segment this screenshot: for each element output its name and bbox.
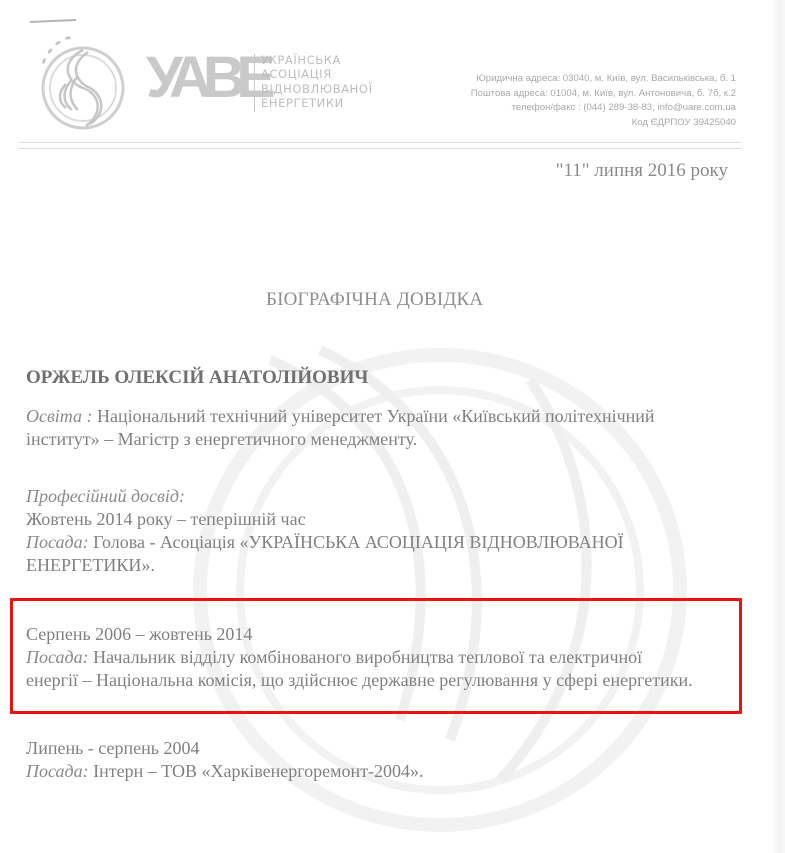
header-rule [19,148,741,149]
position-label: Посада: [26,532,89,552]
position-text: енергії – Національна комісія, що здійсн… [26,669,693,692]
header-rule [19,142,741,143]
page-edge-shadow [771,0,785,853]
position-text: ЕНЕРГЕТИКИ». [26,554,624,577]
org-name-line: ЕНЕРГЕТИКИ [261,96,373,110]
position-text: Інтерн – ТОВ «Харківенергоремонт-2004». [89,761,424,781]
logo-abbreviation: УАВЕ [146,48,267,108]
edrpou-code: Код ЄДРПОУ 39425040 [471,116,736,131]
position-text: Голова - Асоціація «УКРАЇНСЬКА АСОЦІАЦІЯ… [89,532,624,552]
experience-label: Професійний досвід: [26,485,624,508]
education-text: інститут» – Магістр з енергетичного мене… [26,428,655,451]
phone-email: телефон/факс : (044) 289-38-83, info@uar… [471,101,736,116]
logo-org-name: УКРАЇНСЬКА АСОЦІАЦІЯ ВІДНОВЛЮВАНОЇ ЕНЕРГ… [261,53,373,111]
org-name-line: АСОЦІАЦІЯ [261,67,373,81]
experience-period: Липень - серпень 2004 [26,737,424,760]
document-title: БІОГРАФІЧНА ДОВІДКА [266,289,483,311]
experience-entry: Липень - серпень 2004 Посада: Інтерн – Т… [26,737,424,783]
document-date: "11" липня 2016 року [556,160,728,182]
experience-period: Серпень 2006 – жовтень 2014 [26,623,693,646]
education-text: Національний технічний університет Украї… [93,406,655,426]
experience-section: Професійний досвід: Жовтень 2014 року – … [26,485,624,577]
education-label: Освіта : [26,406,93,426]
person-name: ОРЖЕЛЬ ОЛЕКСІЙ АНАТОЛІЙОВИЧ [26,367,368,389]
experience-period: Жовтень 2014 року – теперішній час [26,508,624,531]
position-label: Посада: [26,761,89,781]
association-logo-icon [28,18,128,133]
position-text: Начальник відділу комбінованого виробниц… [89,647,643,667]
contact-details: Юридична адреса: 03040, м. Київ, вул. Ва… [471,72,736,130]
experience-entry: Серпень 2006 – жовтень 2014 Посада: Нача… [26,623,693,692]
org-name-line: ВІДНОВЛЮВАНОЇ [261,82,373,96]
legal-address: Юридична адреса: 03040, м. Київ, вул. Ва… [471,72,736,87]
org-name-line: УКРАЇНСЬКА [261,53,373,67]
education-section: Освіта : Національний технічний універси… [26,405,655,451]
logo-divider [254,54,255,112]
position-label: Посада: [26,647,89,667]
postal-address: Поштова адреса: 01004, м. Київ, вул. Ант… [471,87,736,102]
